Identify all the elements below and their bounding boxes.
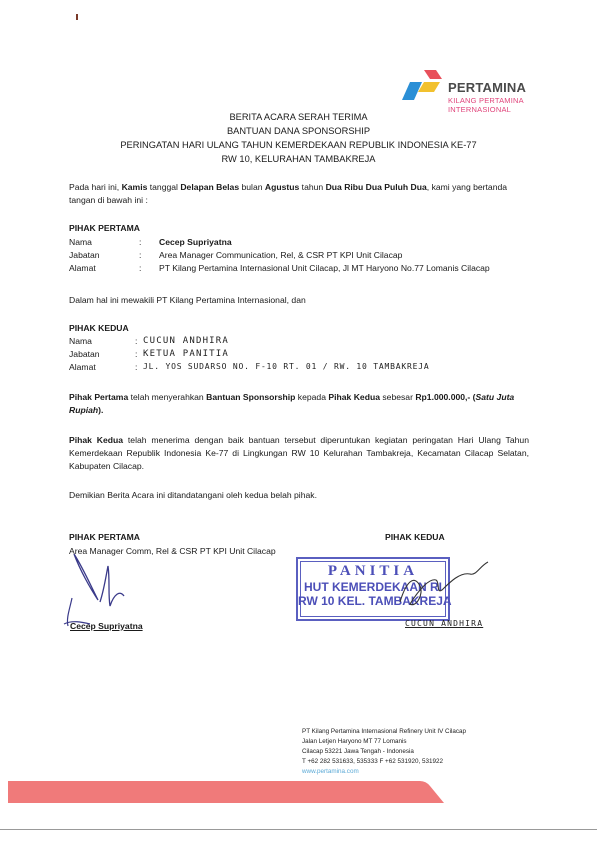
page-edge-line (0, 829, 597, 830)
pihak-pertama-details: Nama : Cecep Supriyatna Jabatan : Area M… (69, 237, 539, 277)
pihak-pertama-heading: PIHAK PERTAMA (69, 223, 140, 233)
detail-label: Nama (69, 237, 92, 247)
handwritten-value: JL. YOS SUDARSO NO. F-10 RT. 01 / RW. 10… (143, 362, 429, 371)
intro-paragraph: Pada hari ini, Kamis tanggal Delapan Bel… (69, 181, 529, 207)
footer-website-link[interactable]: www.pertamina.com (302, 767, 466, 777)
bold-text: ). (98, 405, 103, 415)
bold-text: Pihak Kedua (69, 435, 123, 445)
detail-colon: : (139, 237, 141, 247)
bold-text: Pihak Kedua (328, 392, 380, 402)
left-signatory-name: Cecep Supriyatna (70, 621, 143, 631)
handover-paragraph: Pihak Pertama telah menyerahkan Bantuan … (69, 391, 529, 417)
title-line: BANTUAN DANA SPONSORSHIP (0, 124, 597, 138)
intro-text: bulan (239, 182, 265, 192)
footer-line: Jalan Letjen Haryono MT 77 Lomanis (302, 737, 466, 747)
scan-mark (76, 14, 78, 20)
intro-text: tahun (299, 182, 325, 192)
title-line: RW 10, KELURAHAN TAMBAKREJA (0, 152, 597, 166)
pihak-kedua-heading: PIHAK KEDUA (69, 323, 129, 333)
detail-label: Alamat (69, 263, 96, 273)
detail-label: Nama (69, 336, 92, 346)
footer-line: Cilacap 53221 Jawa Tengah - Indonesia (302, 747, 466, 757)
title-line: PERINGATAN HARI ULANG TAHUN KEMERDEKAAN … (0, 138, 597, 152)
intro-day: Kamis (122, 182, 148, 192)
detail-colon: : (139, 250, 141, 260)
title-line: BERITA ACARA SERAH TERIMA (0, 110, 597, 124)
body-text: telah menerima dengan baik bantuan terse… (69, 435, 529, 471)
document-title: BERITA ACARA SERAH TERIMA BANTUAN DANA S… (0, 110, 597, 166)
detail-value: Cecep Supriyatna (159, 237, 232, 247)
bold-text: Pihak Pertama (69, 392, 128, 402)
footer-red-bar (8, 781, 444, 805)
company-footer: PT Kilang Pertamina Internasional Refine… (302, 727, 466, 777)
closing-text: Demikian Berita Acara ini ditandatangani… (69, 489, 317, 502)
handwritten-value: CUCUN ANDHIRA (143, 336, 229, 346)
intro-month: Agustus (265, 182, 299, 192)
right-signature-heading: PIHAK KEDUA (385, 532, 445, 542)
left-signature-heading: PIHAK PERTAMA (69, 532, 140, 542)
intro-text: tanggal (147, 182, 180, 192)
intro-year: Dua Ribu Dua Puluh Dua (326, 182, 427, 192)
detail-colon: : (135, 349, 137, 359)
signature-scribble-icon (60, 550, 170, 630)
logo-name: PERTAMINA (448, 80, 526, 95)
detail-colon: : (139, 263, 141, 273)
pertamina-logo-icon (402, 70, 446, 104)
body-text: kepada (295, 392, 328, 402)
right-signatory-name: CUCUN ANDHIRA (405, 619, 483, 628)
detail-label: Jabatan (69, 250, 100, 260)
pertamina-logo: PERTAMINA KILANG PERTAMINA INTERNASIONAL (402, 70, 542, 114)
pihak-kedua-details: Nama : CUCUN ANDHIRA Jabatan : KETUA PAN… (69, 336, 539, 378)
intro-date: Delapan Belas (180, 182, 239, 192)
bold-text: Bantuan Sponsorship (206, 392, 295, 402)
detail-colon: : (135, 336, 137, 346)
detail-value: PT Kilang Pertamina Internasional Unit C… (159, 263, 490, 273)
logo-subtitle: KILANG PERTAMINA (448, 96, 524, 105)
signature-scribble-icon (380, 552, 500, 622)
body-text: telah menyerahkan (128, 392, 206, 402)
detail-value: Area Manager Communication, Rel, & CSR P… (159, 250, 402, 260)
body-text: sebesar (380, 392, 415, 402)
handwritten-value: KETUA PANITIA (143, 349, 229, 359)
receipt-paragraph: Pihak Kedua telah menerima dengan baik b… (69, 434, 529, 473)
detail-label: Alamat (69, 362, 96, 372)
footer-line: T +62 282 531633, 535333 F +62 531920, 5… (302, 757, 466, 767)
intro-text: Pada hari ini, (69, 182, 122, 192)
footer-line: PT Kilang Pertamina Internasional Refine… (302, 727, 466, 737)
amount-text: Rp1.000.000,- ( (415, 392, 475, 402)
detail-label: Jabatan (69, 349, 100, 359)
representation-text: Dalam hal ini mewakili PT Kilang Pertami… (69, 294, 306, 307)
detail-colon: : (135, 362, 137, 372)
